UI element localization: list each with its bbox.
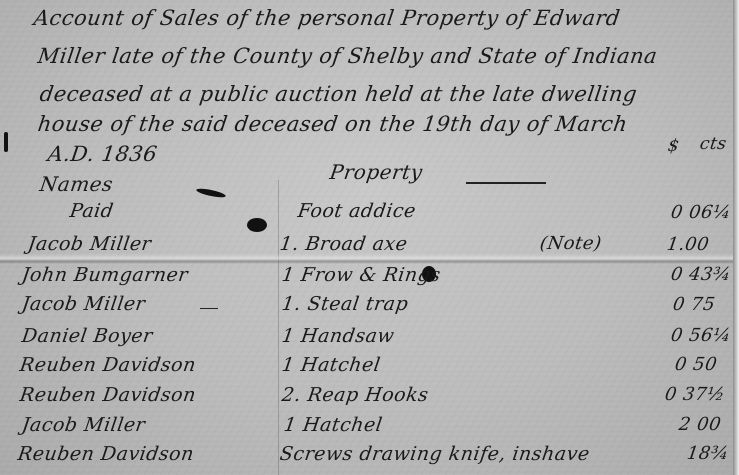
row-name: Jacob Miller — [26, 233, 152, 255]
row-property: Foot addice — [296, 200, 417, 222]
margin-ink-mark — [4, 132, 8, 152]
row-property: 1 Hatchel — [280, 354, 381, 376]
row-dash — [200, 308, 218, 309]
row-name: Daniel Boyer — [20, 325, 154, 347]
row-amount: 0 37½ — [663, 384, 726, 405]
row-note: (Note) — [539, 233, 603, 254]
row-name: Jacob Miller — [20, 414, 146, 436]
row-amount: 0 56¼ — [669, 325, 732, 346]
row-name: Jacob Miller — [20, 293, 146, 315]
column-rule — [278, 180, 279, 475]
row-amount: 2 00 — [677, 414, 722, 435]
row-property: 1 Hatchel — [282, 414, 383, 436]
row-name: Paid — [68, 200, 115, 222]
ledger-page: Account of Sales of the personal Propert… — [0, 0, 739, 475]
row-name: Reuben Davidson — [18, 354, 197, 376]
dollars-header: $ — [667, 136, 681, 156]
heading-line-4: house of the said deceased on the 19th d… — [36, 112, 629, 136]
row-name: Reuben Davidson — [18, 384, 197, 406]
heading-line-1: Account of Sales of the personal Propert… — [32, 6, 621, 30]
ink-blot — [247, 218, 267, 232]
header-dash — [466, 182, 546, 184]
row-amount: 0 50 — [673, 354, 718, 375]
heading-line-2: Miller late of the County of Shelby and … — [36, 44, 659, 68]
row-amount: 1.00 — [665, 234, 710, 255]
paper-fold — [0, 254, 739, 264]
property-column-header: Property — [328, 160, 424, 184]
row-name: John Bumgarner — [20, 264, 189, 286]
page-edge — [733, 0, 739, 475]
row-amount: 0 43¾ — [669, 264, 732, 285]
names-column-header: Names — [38, 172, 114, 196]
row-name: Reuben Davidson — [16, 443, 195, 465]
row-property: 1 Handsaw — [280, 325, 395, 347]
row-property: 1. Steal trap — [280, 293, 409, 315]
row-amount: 0 06¼ — [669, 202, 732, 223]
row-property: 1. Broad axe — [278, 233, 409, 255]
row-amount: 0 75 — [671, 294, 716, 315]
heading-line-5: A.D. 1836 — [46, 142, 159, 166]
cents-header: cts — [699, 134, 728, 154]
row-property: Screws drawing knife, inshave — [278, 443, 591, 465]
heading-line-3: deceased at a public auction held at the… — [38, 82, 638, 106]
ink-blot — [196, 187, 227, 199]
row-property: 1 Frow & Rings — [280, 264, 442, 286]
row-property: 2. Reap Hooks — [280, 384, 430, 406]
row-amount: 18¾ — [686, 443, 731, 464]
